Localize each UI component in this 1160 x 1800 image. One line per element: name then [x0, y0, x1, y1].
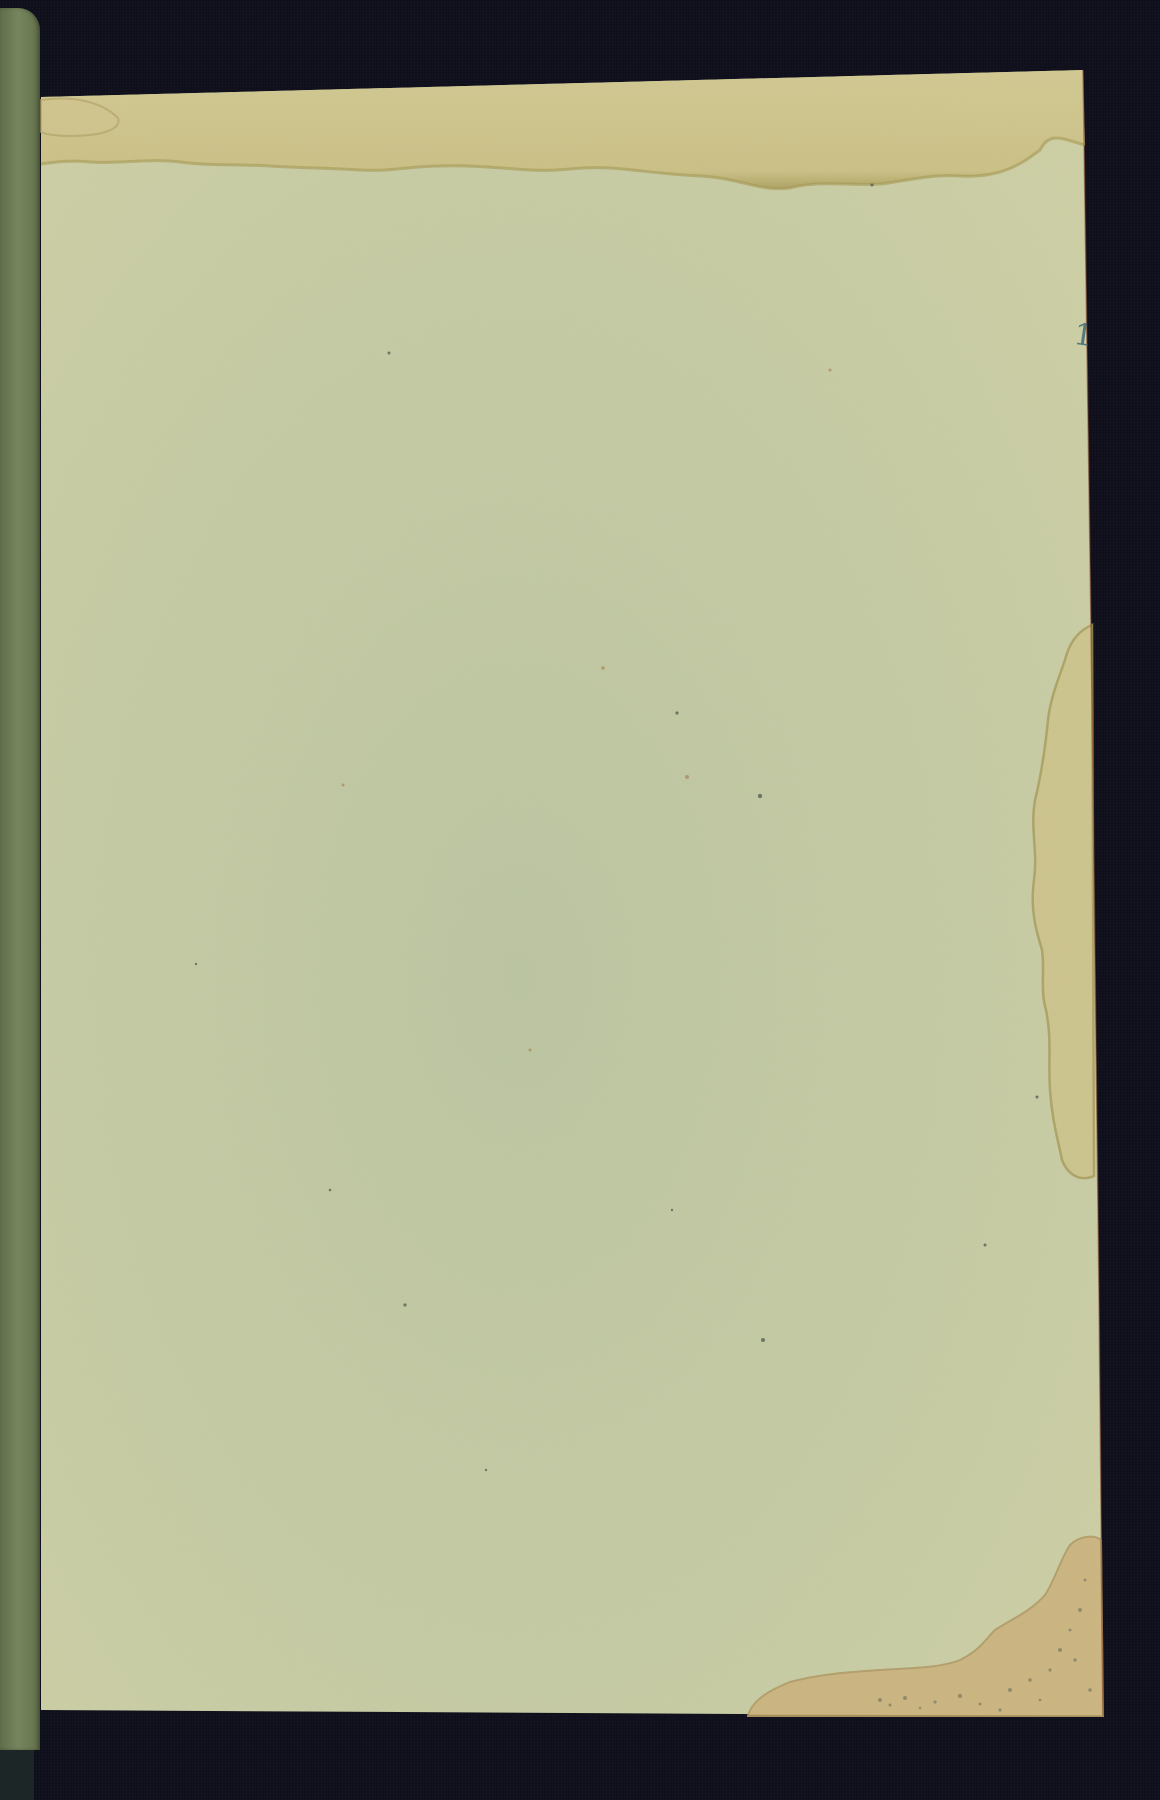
manuscript-page: 1	[0, 0, 1160, 1800]
page-illustration	[0, 0, 1160, 1800]
